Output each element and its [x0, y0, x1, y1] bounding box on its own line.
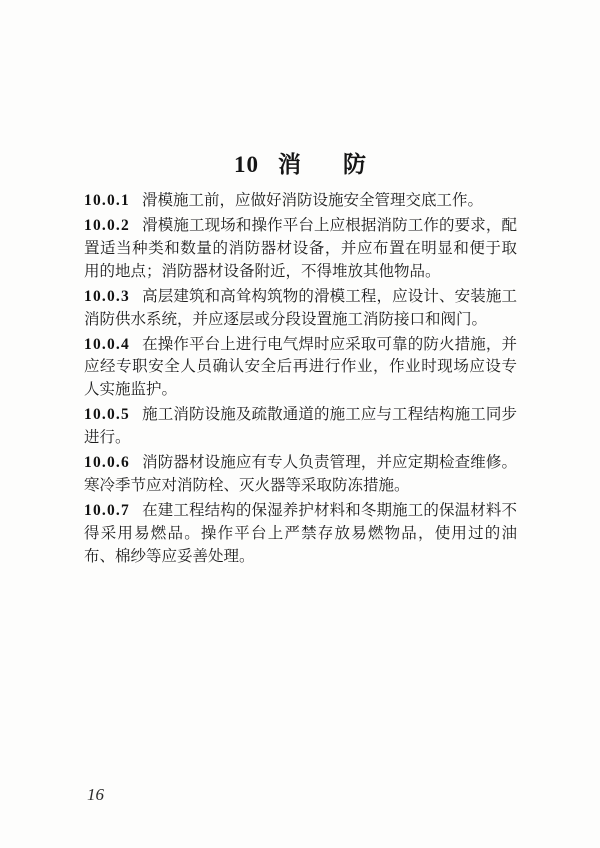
clause-10-0-2: 10.0.2滑模施工现场和操作平台上应根据消防工作的要求，配置适当种类和数量的消… [84, 215, 517, 283]
clause-text: 在建工程结构的保湿养护材料和冬期施工的保温材料不得采用易燃品。操作平台上严禁存放… [84, 502, 517, 564]
clause-text: 高层建筑和高耸构筑物的滑模工程，应设计、安装施工消防供水系统，并应逐层或分段设置… [84, 288, 517, 328]
clause-text: 滑模施工现场和操作平台上应根据消防工作的要求，配置适当种类和数量的消防器材设备，… [84, 217, 517, 279]
clause-text: 消防器材设施应有专人负责管理，并应定期检查维修。寒冷季节应对消防栓、灭火器等采取… [84, 454, 517, 494]
clause-text: 在操作平台上进行电气焊时应采取可靠的防火措施，并应经专职安全人员确认安全后再进行… [84, 336, 517, 398]
clause-10-0-5: 10.0.5施工消防设施及疏散通道的施工应与工程结构施工同步进行。 [84, 404, 517, 449]
clause-10-0-1: 10.0.1滑模施工前，应做好消防设施安全管理交底工作。 [84, 190, 517, 213]
clause-number: 10.0.7 [84, 502, 130, 519]
clause-10-0-6: 10.0.6消防器材设施应有专人负责管理，并应定期检查维修。寒冷季节应对消防栓、… [84, 452, 517, 497]
chapter-number: 10 [234, 152, 259, 178]
clause-number: 10.0.2 [84, 217, 130, 234]
clause-number: 10.0.5 [84, 406, 130, 423]
clause-number: 10.0.4 [84, 336, 130, 353]
clause-10-0-4: 10.0.4在操作平台上进行电气焊时应采取可靠的防火措施，并应经专职安全人员确认… [84, 334, 517, 402]
chapter-body: 10.0.1滑模施工前，应做好消防设施安全管理交底工作。 10.0.2滑模施工现… [84, 190, 517, 571]
chapter-title: 消防 [278, 146, 408, 179]
clause-text: 滑模施工前，应做好消防设施安全管理交底工作。 [142, 192, 483, 209]
clause-number: 10.0.6 [84, 454, 130, 471]
clause-number: 10.0.1 [84, 192, 130, 209]
clause-10-0-3: 10.0.3高层建筑和高耸构筑物的滑模工程，应设计、安装施工消防供水系统，并应逐… [84, 286, 517, 331]
clause-10-0-7: 10.0.7在建工程结构的保湿养护材料和冬期施工的保温材料不得采用易燃品。操作平… [84, 500, 517, 568]
clause-number: 10.0.3 [84, 288, 130, 305]
chapter-heading: 10消防 [0, 146, 600, 179]
clause-text: 施工消防设施及疏散通道的施工应与工程结构施工同步进行。 [84, 406, 517, 446]
document-page: 10消防 10.0.1滑模施工前，应做好消防设施安全管理交底工作。 10.0.2… [0, 0, 600, 848]
page-number: 16 [87, 785, 104, 805]
